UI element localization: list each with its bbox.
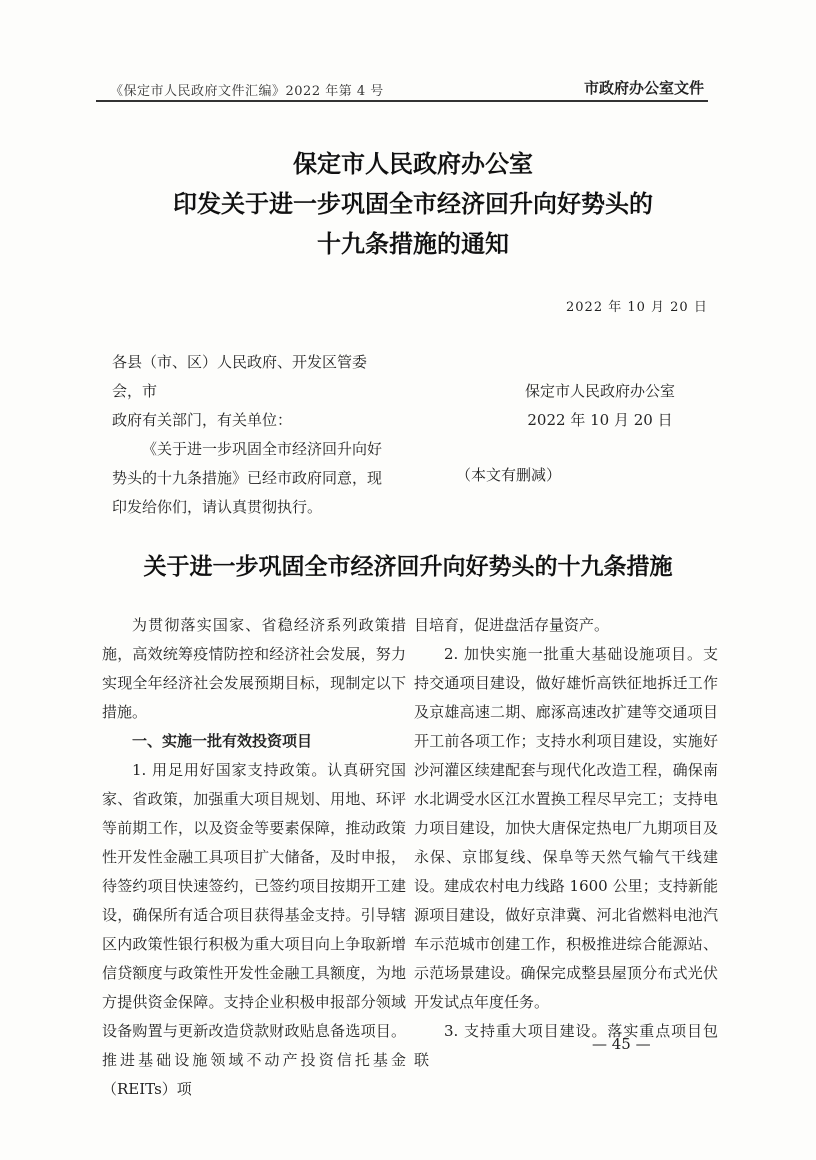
notice-title-line-2: 印发关于进一步巩固全市经济回升向好势头的: [10, 184, 816, 224]
left-column: 为贯彻落实国家、省稳经济系列政策措施，高效统筹疫情防控和经济社会发展，努力实现全…: [102, 611, 406, 1104]
item-2-paragraph: 2. 加快实施一批重大基础设施项目。支持交通项目建设，做好雄忻高铁征地拆迁工作及…: [414, 640, 718, 1017]
notice-date: 2022 年 10 月 20 日: [566, 296, 708, 315]
measures-title: 关于进一步巩固全市经济回升向好势头的十九条措施: [0, 548, 816, 581]
item-3-paragraph: 3. 支持重大项目建设。落实重点项目包联: [414, 1017, 718, 1075]
notice-title-line-1: 保定市人民政府办公室: [10, 144, 816, 184]
deletion-note: （本文有删减）: [456, 464, 561, 485]
publication-label: 《保定市人民政府文件汇编》2022 年第 4 号: [110, 80, 384, 99]
notice-title: 保定市人民政府办公室 印发关于进一步巩固全市经济回升向好势头的 十九条措施的通知: [0, 144, 816, 264]
intro-paragraph: 为贯彻落实国家、省稳经济系列政策措施，高效统筹疫情防控和经济社会发展，努力实现全…: [102, 611, 406, 727]
signature-date: 2022 年 10 月 20 日: [520, 406, 680, 435]
section-1-heading: 一、实施一批有效投资项目: [102, 727, 406, 756]
item-1-continuation: 目培育，促进盘活存量资产。: [414, 611, 718, 640]
item-1-paragraph: 1. 用足用好国家支持政策。认真研究国家、省政策，加强重大项目规划、用地、环评等…: [102, 756, 406, 1104]
signature-block: 保定市人民政府办公室 2022 年 10 月 20 日: [520, 377, 680, 435]
right-column: 目培育，促进盘活存量资产。 2. 加快实施一批重大基础设施项目。支持交通项目建设…: [414, 611, 718, 1075]
notice-title-line-3: 十九条措施的通知: [10, 224, 816, 264]
addressees-line-1: 各县（市、区）人民政府、开发区管委会，市: [112, 348, 392, 406]
notice-body: 各县（市、区）人民政府、开发区管委会，市 政府有关部门，有关单位： 《关于进一步…: [112, 348, 392, 522]
running-header: 《保定市人民政府文件汇编》2022 年第 4 号 市政府办公室文件: [96, 76, 708, 102]
notice-body-text: 《关于进一步巩固全市经济回升向好势头的十九条措施》已经市政府同意，现印发给你们，…: [112, 435, 392, 522]
addressees-line-2: 政府有关部门，有关单位：: [112, 406, 392, 435]
document-page: 《保定市人民政府文件汇编》2022 年第 4 号 市政府办公室文件 保定市人民政…: [0, 0, 816, 1160]
signature-org: 保定市人民政府办公室: [520, 377, 680, 406]
document-category: 市政府办公室文件: [584, 77, 704, 98]
page-number: — 45 —: [592, 1035, 651, 1053]
